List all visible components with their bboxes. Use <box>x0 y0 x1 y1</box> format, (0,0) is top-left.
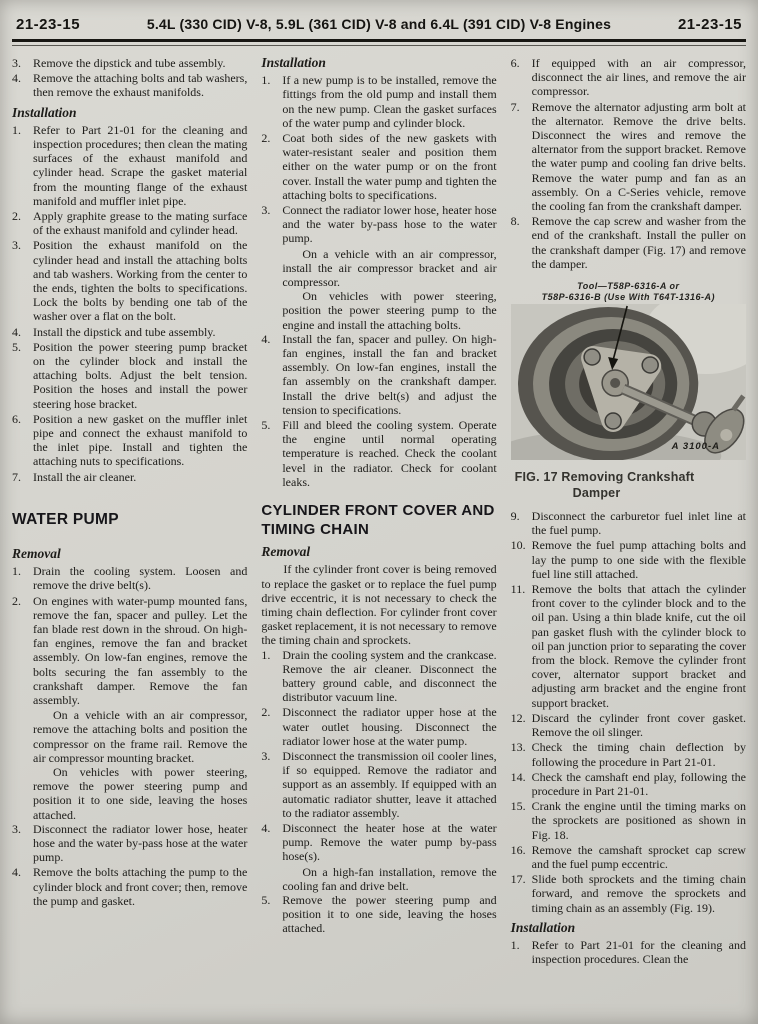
tool-label-line-1: Tool—T58P-6316-A or <box>511 281 746 292</box>
list-item: 2. On engines with water-pump mounted fa… <box>12 594 247 708</box>
list-item: 1. Drain the cooling system and the cran… <box>261 648 496 705</box>
item-number: 1. <box>12 123 33 208</box>
item-number: 4. <box>12 71 33 99</box>
list-item: 17. Slide both sprockets and the timing … <box>511 872 746 915</box>
list-item: 2. Disconnect the radiator upper hose at… <box>261 705 496 748</box>
item-text: Install the air cleaner. <box>33 470 247 484</box>
list-item: 1. If a new pump is to be installed, rem… <box>261 73 496 130</box>
list-item: 11. Remove the bolts that attach the cyl… <box>511 582 746 710</box>
page-header: 21-23-15 5.4L (330 CID) V-8, 5.9L (361 C… <box>12 8 746 37</box>
item-number: 16. <box>511 843 532 871</box>
item-number: 2. <box>12 209 33 237</box>
damper-photo-illustration <box>511 304 746 460</box>
list-item: 1. Refer to Part 21-01 for the cleaning … <box>12 123 247 208</box>
item-text: If a new pump is to be installed, remove… <box>282 73 496 130</box>
list-item: 6. If equipped with an air compressor, d… <box>511 56 746 99</box>
list-item: 9. Disconnect the carburetor fuel inlet … <box>511 509 746 537</box>
item-text: Fill and bleed the cooling system. Opera… <box>282 418 496 489</box>
subsection-heading-removal: Removal <box>261 545 496 559</box>
list-item: 3. Disconnect the radiator lower hose, h… <box>12 822 247 865</box>
tool-label-line-2: T58P-6316-B (Use With T64T-1316-A) <box>511 292 746 303</box>
list-item: 8. Remove the cap screw and washer from … <box>511 214 746 271</box>
item-text: Remove the cap screw and washer from the… <box>532 214 746 271</box>
list-item: 10. Remove the fuel pump attaching bolts… <box>511 538 746 581</box>
photo-code-label: A 3100-A <box>672 440 720 454</box>
item-text: Disconnect the radiator lower hose, heat… <box>33 822 247 865</box>
item-text: Install the dipstick and tube assembly. <box>33 325 247 339</box>
item-text: Discard the cylinder front cover gasket.… <box>532 711 746 739</box>
item-number: 4. <box>12 865 33 908</box>
item-number: 11. <box>511 582 532 710</box>
item-number: 5. <box>12 340 33 411</box>
header-rule-thin <box>12 45 746 46</box>
figure-caption: FIG. 17 Removing Crankshaft Damper <box>511 470 746 501</box>
item-text: Drain the cooling system. Loosen and rem… <box>33 564 247 592</box>
list-item: 3. Disconnect the transmission oil coole… <box>261 749 496 820</box>
indented-paragraph: On a vehicle with an air compressor, ins… <box>282 247 496 290</box>
item-number: 4. <box>12 325 33 339</box>
list-item: 5. Position the power steering pump brac… <box>12 340 247 411</box>
subsection-heading-removal: Removal <box>12 547 247 561</box>
item-text: Refer to Part 21-01 for the cleaning and… <box>33 123 247 208</box>
figure-17: Tool—T58P-6316-A or T58P-6316-B (Use Wit… <box>511 281 746 501</box>
list-item: 1. Drain the cooling system. Loosen and … <box>12 564 247 592</box>
item-number: 9. <box>511 509 532 537</box>
item-number: 7. <box>511 100 532 214</box>
item-text: Position the exhaust manifold on the cyl… <box>33 238 247 323</box>
item-text: Remove the alternator adjusting arm bolt… <box>532 100 746 214</box>
page-title: 5.4L (330 CID) V-8, 5.9L (361 CID) V-8 a… <box>80 16 678 32</box>
item-text: Crank the engine until the timing marks … <box>532 799 746 842</box>
list-item: 12. Discard the cylinder front cover gas… <box>511 711 746 739</box>
item-number: 3. <box>261 749 282 820</box>
item-text: Position a new gasket on the muffler inl… <box>33 412 247 469</box>
item-number: 2. <box>261 705 282 748</box>
item-text: Disconnect the transmission oil cooler l… <box>282 749 496 820</box>
figure-caption-line-1: FIG. 17 Removing Crankshaft <box>515 470 746 486</box>
item-text: Remove the dipstick and tube assembly. <box>33 56 247 70</box>
item-text: Position the power steering pump bracket… <box>33 340 247 411</box>
list-item: 2. Coat both sides of the new gaskets wi… <box>261 131 496 202</box>
list-item: 16. Remove the camshaft sprocket cap scr… <box>511 843 746 871</box>
item-text: Disconnect the radiator upper hose at th… <box>282 705 496 748</box>
list-item: 4. Disconnect the heater hose at the wat… <box>261 821 496 864</box>
item-text: Remove the bolts attaching the pump to t… <box>33 865 247 908</box>
list-item: 6. Position a new gasket on the muffler … <box>12 412 247 469</box>
list-item: 4. Remove the bolts attaching the pump t… <box>12 865 247 908</box>
indented-paragraph: On a vehicle with an air compressor, rem… <box>33 708 247 765</box>
column-2: Installation 1. If a new pump is to be i… <box>261 56 496 967</box>
text-columns: 3. Remove the dipstick and tube assembly… <box>12 56 746 967</box>
list-item: 2. Apply graphite grease to the mating s… <box>12 209 247 237</box>
list-item: 7. Install the air cleaner. <box>12 470 247 484</box>
item-number: 4. <box>261 821 282 864</box>
header-rule-thick <box>12 39 746 42</box>
page-number-left: 21-23-15 <box>16 16 80 33</box>
page-number-right: 21-23-15 <box>678 16 742 33</box>
item-number: 2. <box>12 594 33 708</box>
item-number: 13. <box>511 740 532 768</box>
section-heading-cylinder-front-cover: CYLINDER FRONT COVER AND TIMING CHAIN <box>261 501 496 539</box>
item-number: 1. <box>261 648 282 705</box>
intro-paragraph: If the cylinder front cover is being rem… <box>261 562 496 647</box>
manual-page: 21-23-15 5.4L (330 CID) V-8, 5.9L (361 C… <box>0 0 758 1024</box>
item-text: Disconnect the heater hose at the water … <box>282 821 496 864</box>
item-number: 6. <box>12 412 33 469</box>
item-number: 15. <box>511 799 532 842</box>
subsection-heading-installation: Installation <box>12 106 247 120</box>
column-1: 3. Remove the dipstick and tube assembly… <box>12 56 247 967</box>
item-number: 14. <box>511 770 532 798</box>
item-text: Remove the camshaft sprocket cap screw a… <box>532 843 746 871</box>
item-number: 1. <box>12 564 33 592</box>
item-text: Coat both sides of the new gaskets with … <box>282 131 496 202</box>
item-number: 3. <box>12 822 33 865</box>
column-3: 6. If equipped with an air compressor, d… <box>511 56 746 967</box>
list-item: 1. Refer to Part 21-01 for the cleaning … <box>511 938 746 966</box>
list-item: 4. Install the dipstick and tube assembl… <box>12 325 247 339</box>
list-item: 4. Remove the attaching bolts and tab wa… <box>12 71 247 99</box>
item-text: Install the fan, spacer and pulley. On h… <box>282 332 496 417</box>
item-text: If equipped with an air compressor, disc… <box>532 56 746 99</box>
item-text: Disconnect the carburetor fuel inlet lin… <box>532 509 746 537</box>
item-text: Apply graphite grease to the mating surf… <box>33 209 247 237</box>
section-heading-water-pump: WATER PUMP <box>12 510 247 529</box>
subsection-heading-installation: Installation <box>511 921 746 935</box>
item-number: 5. <box>261 418 282 489</box>
figure-tool-label: Tool—T58P-6316-A or T58P-6316-B (Use Wit… <box>511 281 746 303</box>
item-text: Remove the fuel pump attaching bolts and… <box>532 538 746 581</box>
item-text: Check the timing chain deflection by fol… <box>532 740 746 768</box>
indented-paragraph: On vehicles with power steering, positio… <box>282 289 496 332</box>
indented-paragraph: On a high-fan installation, remove the c… <box>282 865 496 893</box>
item-number: 6. <box>511 56 532 99</box>
list-item: 3. Position the exhaust manifold on the … <box>12 238 247 323</box>
list-item: 7. Remove the alternator adjusting arm b… <box>511 100 746 214</box>
list-item: 5. Remove the power steering pump and po… <box>261 893 496 936</box>
item-text: Remove the bolts that attach the cylinde… <box>532 582 746 710</box>
figure-caption-line-2: Damper <box>515 486 746 502</box>
item-number: 1. <box>261 73 282 130</box>
item-number: 12. <box>511 711 532 739</box>
list-item: 3. Remove the dipstick and tube assembly… <box>12 56 247 70</box>
item-text: Drain the cooling system and the crankca… <box>282 648 496 705</box>
item-text: Remove the power steering pump and posit… <box>282 893 496 936</box>
subsection-heading-installation: Installation <box>261 56 496 70</box>
item-text: Slide both sprockets and the timing chai… <box>532 872 746 915</box>
item-text: On engines with water-pump mounted fans,… <box>33 594 247 708</box>
item-number: 5. <box>261 893 282 936</box>
indented-paragraph: On vehicles with power steering, remove … <box>33 765 247 822</box>
item-number: 3. <box>12 56 33 70</box>
item-number: 17. <box>511 872 532 915</box>
list-item: 14. Check the camshaft end play, followi… <box>511 770 746 798</box>
list-item: 3. Connect the radiator lower hose, heat… <box>261 203 496 246</box>
list-item: 15. Crank the engine until the timing ma… <box>511 799 746 842</box>
item-number: 3. <box>12 238 33 323</box>
item-number: 7. <box>12 470 33 484</box>
crankshaft-damper-photo: A 3100-A <box>511 304 746 460</box>
item-number: 4. <box>261 332 282 417</box>
item-text: Remove the attaching bolts and tab washe… <box>33 71 247 99</box>
list-item: 13. Check the timing chain deflection by… <box>511 740 746 768</box>
item-text: Connect the radiator lower hose, heater … <box>282 203 496 246</box>
item-number: 3. <box>261 203 282 246</box>
item-number: 1. <box>511 938 532 966</box>
item-number: 2. <box>261 131 282 202</box>
list-item: 4. Install the fan, spacer and pulley. O… <box>261 332 496 417</box>
item-text: Check the camshaft end play, following t… <box>532 770 746 798</box>
item-text: Refer to Part 21-01 for the cleaning and… <box>532 938 746 966</box>
item-number: 10. <box>511 538 532 581</box>
list-item: 5. Fill and bleed the cooling system. Op… <box>261 418 496 489</box>
item-number: 8. <box>511 214 532 271</box>
